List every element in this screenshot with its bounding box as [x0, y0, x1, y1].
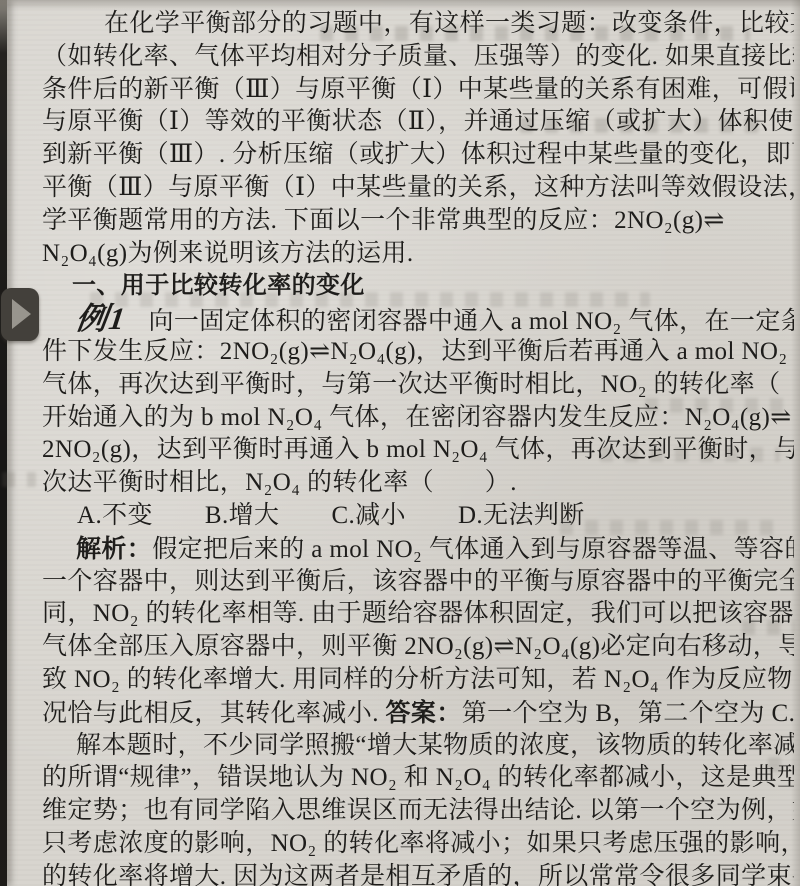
example-line: 2NO₂(g)，达到平衡时再通入 b mol N₂O₄ 气体，再次达到平衡时，与…	[42, 434, 794, 467]
option-a: A.不变	[77, 500, 153, 533]
analysis-line-text: 假定把后来的 a mol NO₂ 气体通入到与原容器等温、等容的另	[152, 536, 794, 563]
intro-line: （如转化率、气体平均相对分子质量、压强等）的变化. 如果直接比较改变	[42, 41, 794, 74]
intro-line: 在化学平衡部分的习题中，有这样一类习题：改变条件，比较某些量	[42, 8, 794, 41]
analysis-line: 一个容器中，则达到平衡后，该容器中的平衡与原容器中的平衡完全相	[42, 566, 794, 599]
example-line: 例1向一固定体积的密闭容器中通入 a mol NO₂ 气体，在一定条	[42, 303, 794, 336]
example-line: 气体，再次达到平衡时，与第一次达平衡时相比，NO₂ 的转化率（ ）；若	[42, 369, 794, 402]
example-paragraph: 例1向一固定体积的密闭容器中通入 a mol NO₂ 气体，在一定条 件下发生反…	[42, 303, 794, 500]
scanned-textbook-page: 在化学平衡部分的习题中，有这样一类习题：改变条件，比较某些量 （如转化率、气体平…	[0, 0, 800, 886]
example-line-text: 向一固定体积的密闭容器中通入 a mol NO₂ 气体，在一定条	[149, 308, 795, 335]
note-line: 只考虑浓度的影响，NO₂ 的转化率将减小；如果只考虑压强的影响，NO₂	[42, 828, 794, 861]
intro-line: 平衡（Ⅲ）与原平衡（Ⅰ）中某些量的关系，这种方法叫等效假设法，是解化	[42, 172, 794, 205]
note-line: 的转化率将增大. 因为这两者是相互矛盾的，所以常常令很多同学束手无	[42, 861, 794, 886]
option-b: B.增大	[205, 500, 280, 533]
analysis-line-text: 况恰与此相反，其转化率减小.	[42, 700, 386, 727]
analysis-line: 解析：假定把后来的 a mol NO₂ 气体通入到与原容器等温、等容的另	[42, 533, 794, 566]
analysis-line: 同，NO₂ 的转化率相等. 由于题给容器体积固定，我们可以把该容器中的	[42, 598, 794, 631]
note-line: 解本题时，不少同学照搬“增大某物质的浓度，该物质的转化率减小”	[42, 730, 794, 763]
bleed-through-ghost	[2, 472, 36, 487]
analysis-line: 气体全部压入原容器中，则平衡 2NO₂(g)⇌N₂O₄(g)必定向右移动，导	[42, 631, 794, 664]
answer-label: 答案：	[386, 699, 462, 727]
margin-marker-icon	[1, 288, 39, 341]
section-heading: 一、用于比较转化率的变化	[42, 270, 794, 303]
intro-paragraph: 在化学平衡部分的习题中，有这样一类习题：改变条件，比较某些量 （如转化率、气体平…	[42, 8, 794, 270]
book-spine-edge	[0, 0, 7, 886]
intro-line: 条件后的新平衡（Ⅲ）与原平衡（Ⅰ）中某些量的关系有困难，可假设一个	[42, 74, 794, 107]
example-1-marker: 例1	[74, 303, 129, 336]
analysis-line: 致 NO₂ 的转化率增大. 用同样的分析方法可知，若 N₂O₄ 作为反应物时情	[42, 664, 794, 697]
example-line: 次达平衡时相比，N₂O₄ 的转化率（ ）.	[42, 467, 794, 500]
note-paragraph: 解本题时，不少同学照搬“增大某物质的浓度，该物质的转化率减小” 的所谓“规律”，…	[42, 730, 794, 886]
play-arrow-icon	[12, 299, 31, 329]
option-d: D.无法判断	[458, 500, 585, 533]
analysis-line: 况恰与此相反，其转化率减小. 答案：第一个空为 B，第二个空为 C.	[42, 697, 794, 730]
note-line: 的所谓“规律”，错误地认为 NO₂ 和 N₂O₄ 的转化率都减小，这是典型的思	[42, 762, 794, 795]
intro-line: 与原平衡（Ⅰ）等效的平衡状态（Ⅱ），并通过压缩（或扩大）体积使之变化	[42, 106, 794, 139]
analysis-label: 解析：	[76, 535, 152, 563]
example-line: 件下发生反应：2NO₂(g)⇌N₂O₄(g)，达到平衡后若再通入 a mol N…	[42, 336, 794, 369]
intro-line: 到新平衡（Ⅲ）. 分析压缩（或扩大）体积过程中某些量的变化，即可找到新	[42, 139, 794, 172]
option-c: C.减小	[331, 500, 406, 533]
answer-text: 第一个空为 B，第二个空为 C.	[462, 700, 794, 727]
options-row: A.不变 B.增大 C.减小 D.无法判断	[42, 500, 794, 533]
note-line: 维定势；也有同学陷入思维误区而无法得出结论. 以第一个空为例，如果	[42, 795, 794, 828]
intro-line: N₂O₄(g)为例来说明该方法的运用.	[42, 238, 794, 271]
example-line: 开始通入的为 b mol N₂O₄ 气体，在密闭容器内发生反应：N₂O₄(g)⇌	[42, 402, 794, 435]
intro-line: 学平衡题常用的方法. 下面以一个非常典型的反应：2NO₂(g)⇌	[42, 205, 794, 238]
analysis-paragraph: 解析：假定把后来的 a mol NO₂ 气体通入到与原容器等温、等容的另 一个容…	[42, 533, 794, 730]
page-body: 在化学平衡部分的习题中，有这样一类习题：改变条件，比较某些量 （如转化率、气体平…	[42, 0, 794, 886]
